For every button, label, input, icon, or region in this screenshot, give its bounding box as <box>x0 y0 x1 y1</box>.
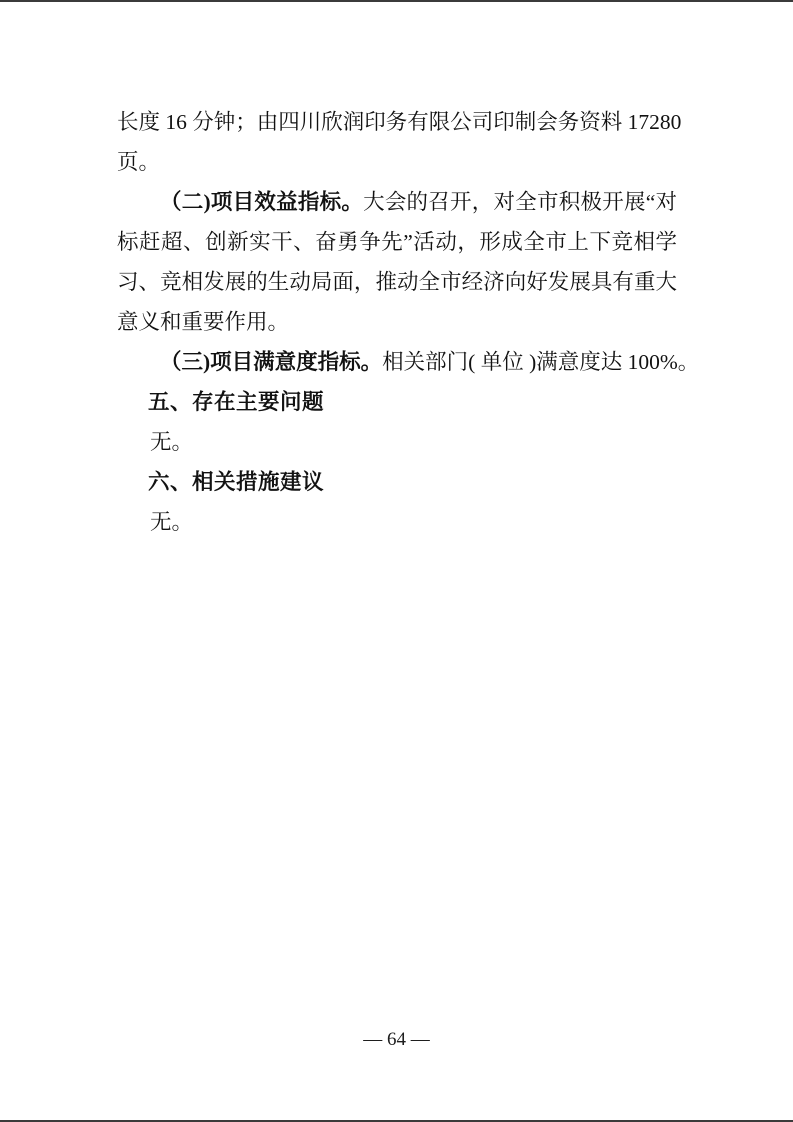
benefit-indicator-paragraph-line-2: 标赶超、创新实干、奋勇争先”活动，形成全市上下竞相学 <box>117 222 677 262</box>
section-heading-five: 五、存在主要问题 <box>117 382 677 422</box>
satisfaction-indicator-lead: （三)项目满意度指标。 <box>160 350 382 374</box>
section-six-answer: 无。 <box>117 502 677 542</box>
benefit-indicator-text: 大会的召开，对全市积极开展“对 <box>363 190 677 214</box>
page-top-edge <box>0 0 793 2</box>
satisfaction-indicator-paragraph: （三)项目满意度指标。相关部门( 单位 )满意度达 100%。 <box>117 342 677 382</box>
benefit-indicator-paragraph-line-4: 意义和重要作用。 <box>117 302 677 342</box>
satisfaction-indicator-text: 相关部门( 单位 )满意度达 100%。 <box>382 350 699 374</box>
document-page: 长度 16 分钟；由四川欣润印务有限公司印制会务资料 17280 页。 （二)项… <box>0 0 793 1122</box>
paragraph-continuation-line-2: 页。 <box>117 142 677 182</box>
paragraph-continuation-line-1: 长度 16 分钟；由四川欣润印务有限公司印制会务资料 17280 <box>117 102 677 142</box>
document-body: 长度 16 分钟；由四川欣润印务有限公司印制会务资料 17280 页。 （二)项… <box>117 102 677 542</box>
benefit-indicator-paragraph-line-1: （二)项目效益指标。大会的召开，对全市积极开展“对 <box>117 182 677 222</box>
section-heading-six: 六、相关措施建议 <box>117 462 677 502</box>
benefit-indicator-lead: （二)项目效益指标。 <box>160 190 363 214</box>
page-number: — 64 — <box>0 1026 793 1054</box>
section-five-answer: 无。 <box>117 422 677 462</box>
benefit-indicator-paragraph-line-3: 习、竞相发展的生动局面，推动全市经济向好发展具有重大 <box>117 262 677 302</box>
